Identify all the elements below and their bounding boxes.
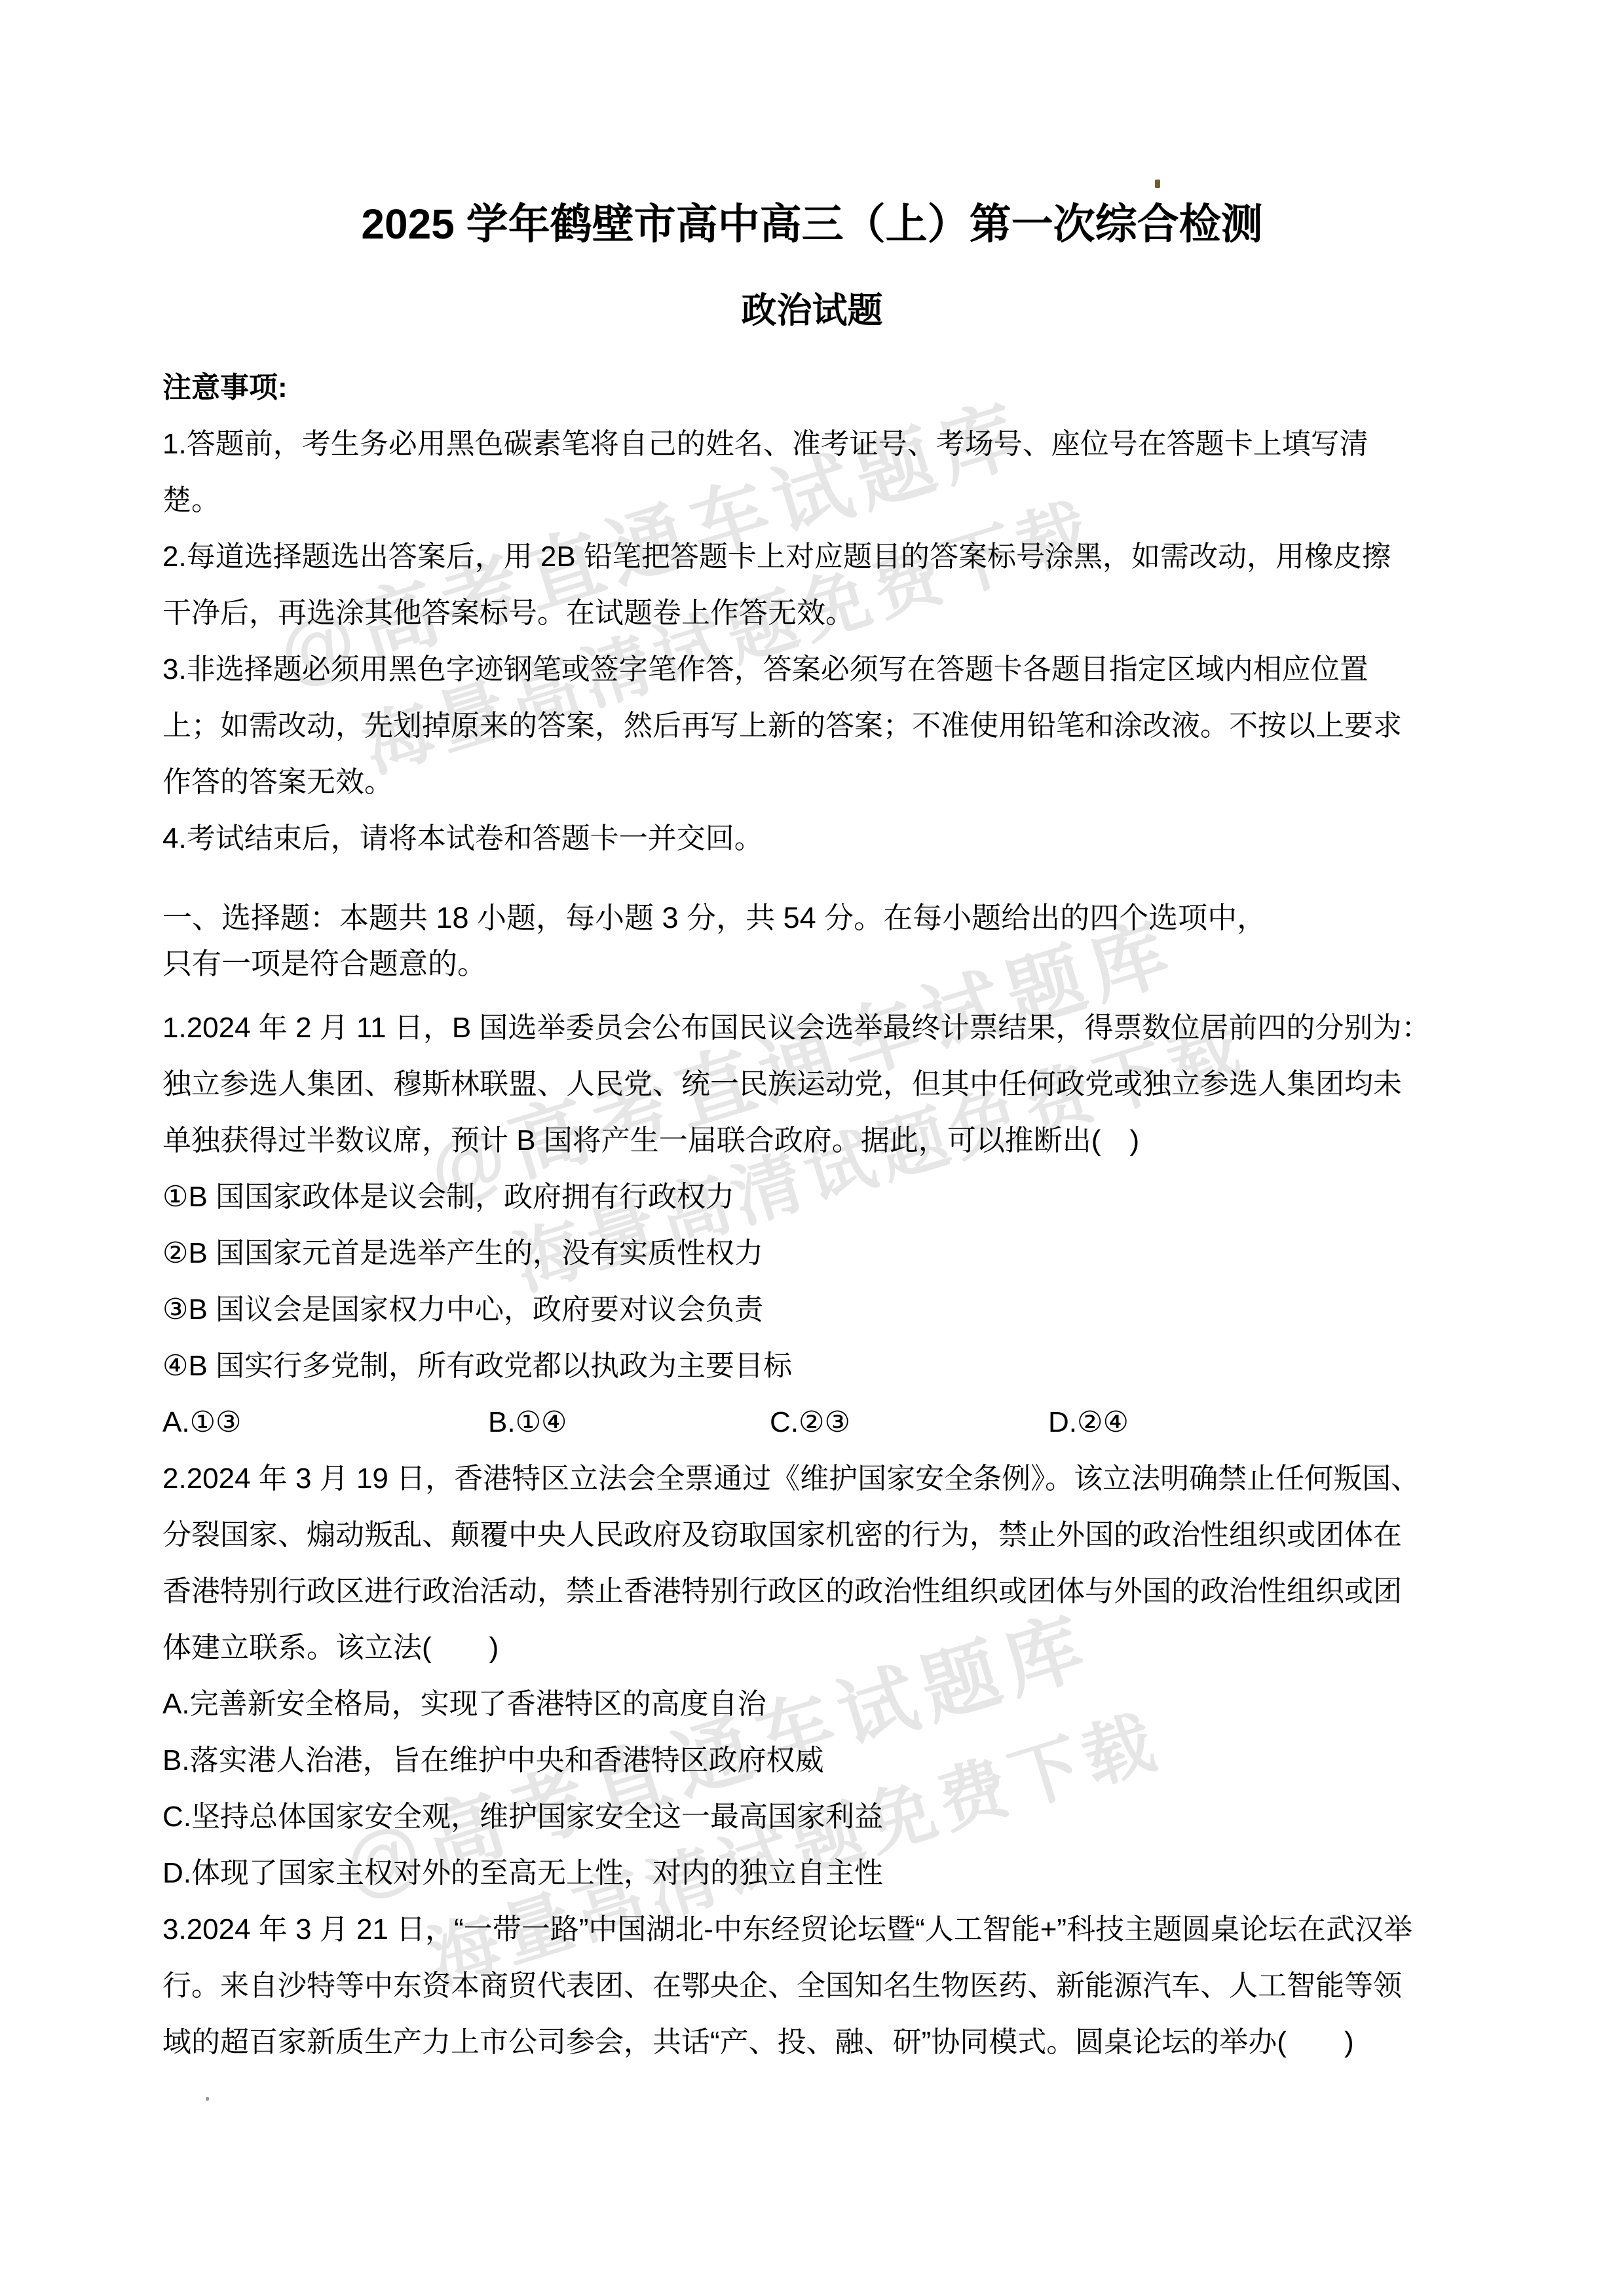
question-1-option-b: B.①④ — [488, 1394, 770, 1451]
notice-line: 作答的答案无效。 — [162, 754, 1479, 811]
question-1-option-d: D.②④ — [1048, 1394, 1129, 1451]
question-1-option-a: A.①③ — [162, 1394, 488, 1451]
question-2-stem-line: 分裂国家、煽动叛乱、颠覆中央人民政府及窃取国家机密的行为，禁止外国的政治性组织或… — [162, 1507, 1479, 1563]
notice-line: 干净后，再选涂其他答案标号。在试题卷上作答无效。 — [162, 585, 1479, 641]
question-1-options-row: A.①③B.①④C.②③D.②④ — [162, 1394, 1479, 1451]
scan-speck — [1155, 180, 1160, 188]
question-3-stem-line: 行。来自沙特等中东资本商贸代表团、在鄂央企、全国知名生物医药、新能源汽车、人工智… — [162, 1958, 1479, 2014]
question-1-option-c: C.②③ — [770, 1394, 1048, 1451]
notice-heading: 注意事项: — [162, 360, 1479, 416]
notice-line: 1.答题前，考生务必用黑色碳素笔将自己的姓名、准考证号、考场号、座位号在答题卡上… — [162, 416, 1479, 472]
question-2-option-b: B.落实港人治港，旨在维护中央和香港特区政府权威 — [162, 1732, 1479, 1789]
question-1-statement: ③B 国议会是国家权力中心，政府要对议会负责 — [162, 1282, 1479, 1338]
notice-line: 4.考试结束后，请将本试卷和答题卡一并交回。 — [162, 811, 1479, 867]
question-1-stem-line: 1.2024 年 2 月 11 日，B 国选举委员会公布国民议会选举最终计票结果… — [162, 1000, 1479, 1056]
page-subtitle: 政治试题 — [0, 290, 1624, 331]
question-2-option-a: A.完善新安全格局，实现了香港特区的高度自治 — [162, 1676, 1479, 1732]
page-title: 2025 学年鹤壁市高中高三（上）第一次综合检测 — [0, 199, 1624, 249]
notice-line: 3.非选择题必须用黑色字迹钢笔或签字笔作答，答案必须写在答题卡各题目指定区域内相… — [162, 641, 1479, 698]
notice-section: 注意事项: 1.答题前，考生务必用黑色碳素笔将自己的姓名、准考证号、考场号、座位… — [162, 360, 1479, 867]
questions-section: 1.2024 年 2 月 11 日，B 国选举委员会公布国民议会选举最终计票结果… — [162, 1000, 1479, 2071]
question-1-statement: ④B 国实行多党制，所有政党都以执政为主要目标 — [162, 1338, 1479, 1394]
question-1-stem-line: 独立参选人集团、穆斯林联盟、人民党、统一民族运动党，但其中任何政党或独立参选人集… — [162, 1056, 1479, 1113]
question-2-stem-line: 2.2024 年 3 月 19 日，香港特区立法会全票通过《维护国家安全条例》。… — [162, 1451, 1479, 1507]
scan-speck — [206, 2097, 209, 2101]
question-1-stem-line: 单独获得过半数议席，预计 B 国将产生一届联合政府。据此，可以推断出( ) — [162, 1113, 1479, 1169]
notice-line: 上；如需改动，先划掉原来的答案，然后再写上新的答案；不准使用铅笔和涂改液。不按以… — [162, 698, 1479, 754]
question-3-stem-line: 域的超百家新质生产力上市公司参会，共话“产、投、融、研”协同模式。圆桌论坛的举办… — [162, 2014, 1479, 2071]
notice-line: 2.每道选择题选出答案后，用 2B 铅笔把答题卡上对应题目的答案标号涂黑，如需改… — [162, 529, 1479, 585]
question-1-statement: ②B 国国家元首是选举产生的，没有实质性权力 — [162, 1225, 1479, 1282]
question-3-stem-line: 3.2024 年 3 月 21 日，“一带一路”中国湖北-中东经贸论坛暨“人工智… — [162, 1902, 1479, 1958]
question-2-stem-line: 香港特别行政区进行政治活动，禁止香港特别行政区的政治性组织或团体与外国的政治性组… — [162, 1563, 1479, 1620]
section-header-line: 只有一项是符合题意的。 — [162, 941, 1479, 987]
notice-line: 楚。 — [162, 472, 1479, 529]
question-2-option-d: D.体现了国家主权对外的至高无上性，对内的独立自主性 — [162, 1845, 1479, 1902]
exam-paper-page: { "page": { "background_color": "#ffffff… — [0, 0, 1624, 2296]
question-2-option-c: C.坚持总体国家安全观，维护国家安全这一最高国家利益 — [162, 1789, 1479, 1845]
section-header-line: 一、选择题：本题共 18 小题，每小题 3 分，共 54 分。在每小题给出的四个… — [162, 895, 1479, 941]
section-header: 一、选择题：本题共 18 小题，每小题 3 分，共 54 分。在每小题给出的四个… — [162, 895, 1479, 987]
question-1-statement: ①B 国国家政体是议会制，政府拥有行政权力 — [162, 1169, 1479, 1225]
question-2-stem-line: 体建立联系。该立法( ) — [162, 1620, 1479, 1676]
